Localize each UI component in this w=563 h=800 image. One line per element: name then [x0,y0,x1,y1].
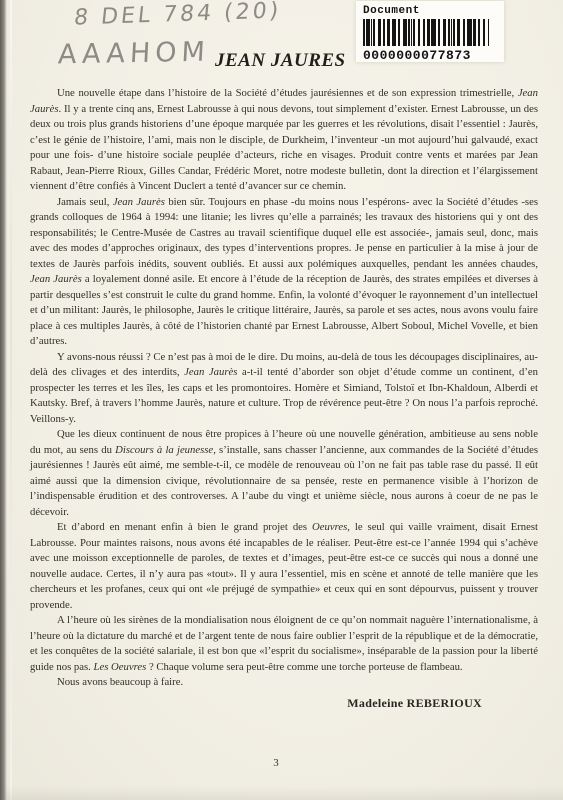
article-body: Une nouvelle étape dans l’histoire de la… [30,86,538,711]
paragraph: Jamais seul, Jean Jaurès bien sûr. Toujo… [30,195,538,350]
scan-bottom-shadow [0,786,563,800]
barcode-label: Document 0000000077873 [356,1,504,62]
page-number: 3 [256,757,296,769]
barcode-label-title: Document [356,1,504,17]
document-scan-page: 8 DEL 784 (20) AAAHOM JEAN JAURES Docume… [0,0,563,800]
paragraph: Une nouvelle étape dans l’histoire de la… [30,86,538,195]
page-title: JEAN JAURES [215,50,346,72]
handwritten-stamp-code: AAAHOM [57,37,210,71]
paragraph: Nous avons beaucoup à faire. [30,675,538,691]
author-signature: Madeleine REBERIOUX [30,696,538,712]
barcode-icon [363,19,489,46]
barcode-number: 0000000077873 [356,46,504,62]
paragraph: Que les dieux continuent de nous être pr… [30,427,538,520]
paragraph: Et d’abord en menant enfin à bien le gra… [30,520,538,613]
scan-left-edge [0,0,7,800]
paragraph: Y avons-nous réussi ? Ce n’est pas à moi… [30,350,538,428]
paragraph: A l’heure où les sirènes de la mondialis… [30,613,538,675]
scan-crease [10,0,12,800]
handwritten-call-number: 8 DEL 784 (20) [73,0,283,31]
